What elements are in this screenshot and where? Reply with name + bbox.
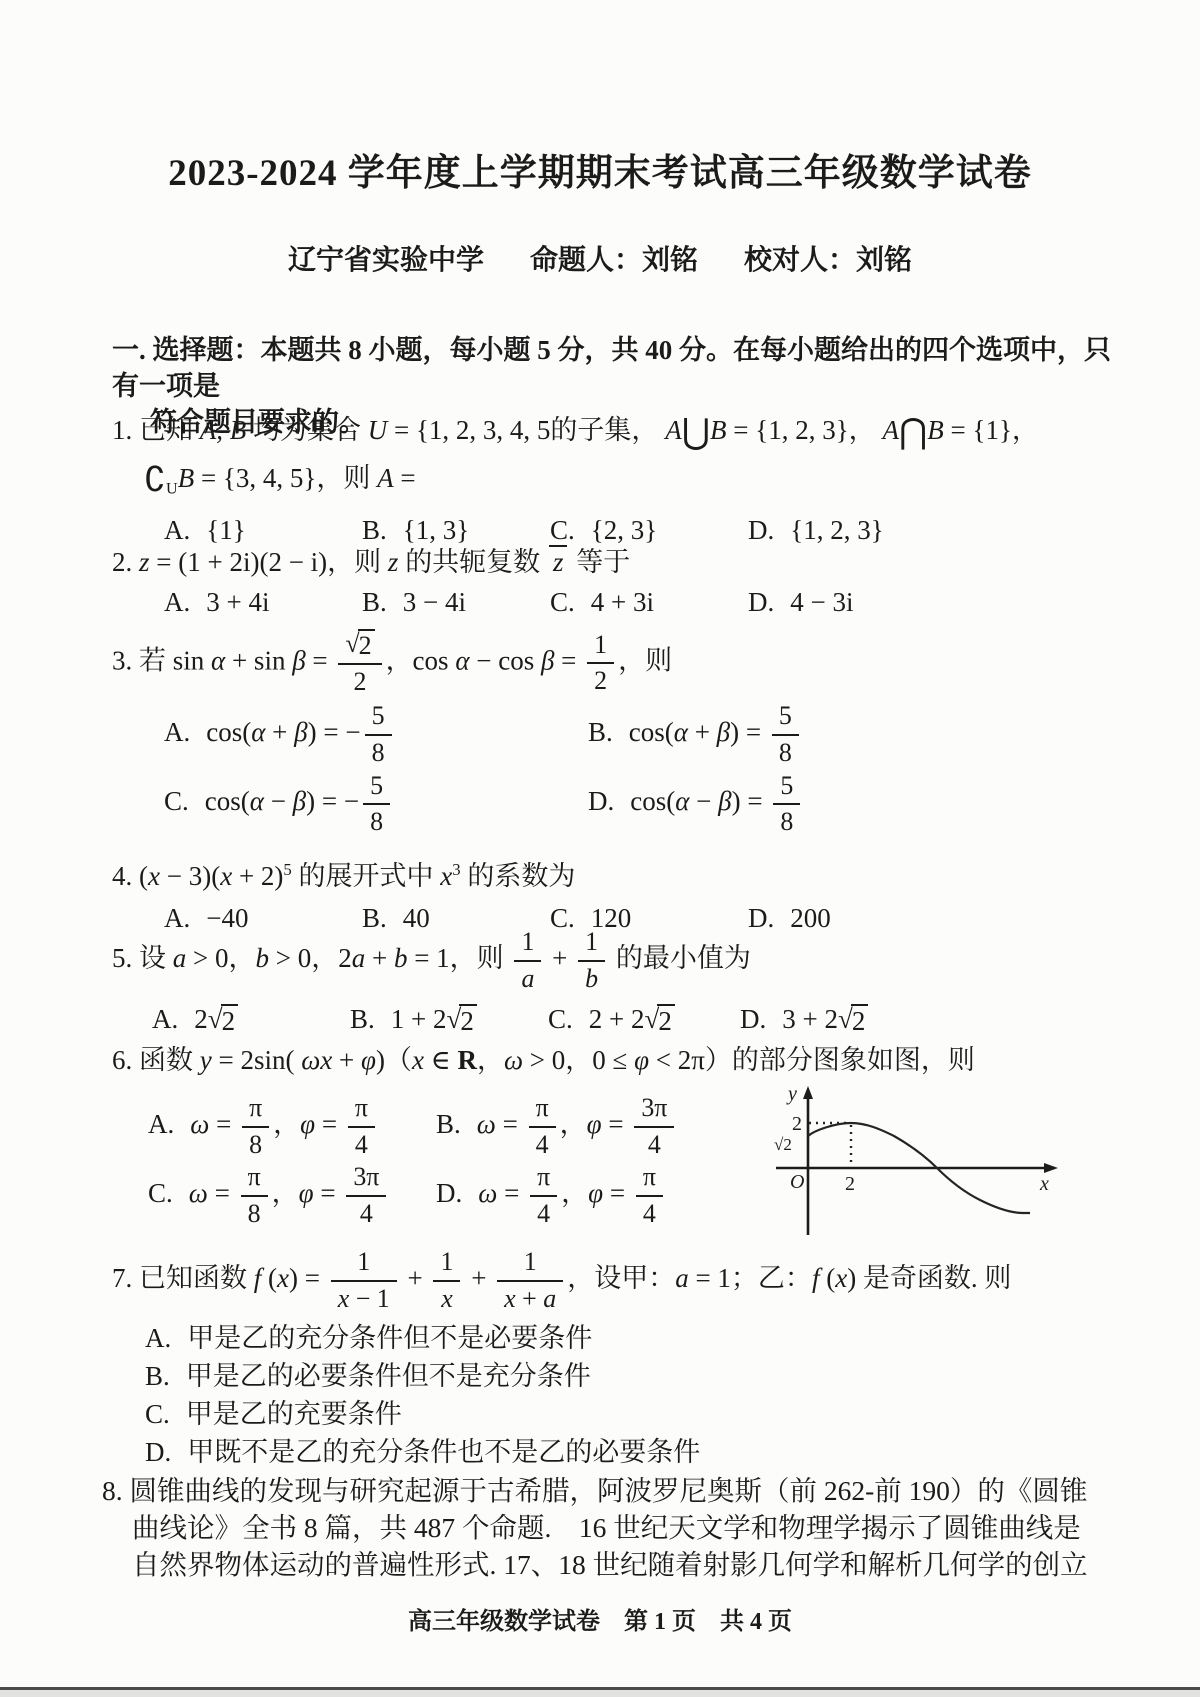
footer-text: 高三年级数学试卷 第 1 页 共 4 页 <box>408 1609 792 1635</box>
q7-options: A.甲是乙的充分条件但不是必要条件 B.甲是乙的必要条件但不是充分条件 C.甲是… <box>112 1319 1116 1471</box>
x-axis-arrow <box>1044 1163 1058 1173</box>
exam-meta-line: 辽宁省实验中学 命题人：刘铭 校对人：刘铭 <box>0 238 1200 278</box>
q8-line1: 8. 圆锥曲线的发现与研究起源于古希腊，阿波罗尼奥斯（前 262-前 190）的… <box>102 1472 1114 1509</box>
q7-option-a: A.甲是乙的充分条件但不是必要条件 <box>145 1319 1116 1357</box>
school-name: 辽宁省实验中学 <box>288 238 484 278</box>
q7-statement: 7. 已知函数 f (x) = 1x − 1 + 1x + 1x + a，设甲：… <box>112 1246 1116 1315</box>
origin-label: O <box>790 1171 804 1193</box>
exam-title: 2023-2024 学年度上学期期末考试高三年级数学试卷 <box>0 142 1200 196</box>
q6-options-row2: C.ω = π8，φ = 3π4 D.ω = π4，φ = π4 <box>148 1161 752 1230</box>
q6-option-c: C.ω = π8，φ = 3π4 <box>148 1161 436 1230</box>
q7-option-d: D.甲既不是乙的充分条件也不是乙的必要条件 <box>145 1433 1116 1471</box>
q1-statement-line2: ∁UB = {3, 4, 5}，则 A = <box>144 458 1116 508</box>
q6-option-d: D.ω = π4，φ = π4 <box>436 1161 752 1230</box>
proofreader: 校对人：刘铭 <box>744 238 912 278</box>
q3-statement: 3. 若 sin α + sin β = √22，cos α − cos β =… <box>112 628 1116 698</box>
q7-option-b: B.甲是乙的必要条件但不是充分条件 <box>145 1357 1116 1395</box>
q5-option-b: B.1 + 2√2 <box>350 999 548 1039</box>
q2-option-c: C.4 + 3i <box>550 582 748 622</box>
exam-paper-page: 2023-2024 学年度上学期期末考试高三年级数学试卷 辽宁省实验中学 命题人… <box>0 0 1200 1697</box>
y-axis-arrow <box>803 1086 813 1099</box>
x-tick-2: 2 <box>845 1173 855 1195</box>
q5-option-a: A.2√2 <box>152 999 350 1039</box>
y-tick-2: 2 <box>792 1113 802 1135</box>
y-tick-sqrt2: √2 <box>774 1135 792 1154</box>
question-4: 4. (x − 3)(x + 2)5 的展开式中 x3 的系数为 A.−40 B… <box>112 850 1116 938</box>
question-setter: 命题人：刘铭 <box>530 238 698 278</box>
q5-option-d: D.3 + 2√2 <box>740 999 1116 1039</box>
q3-options-row2: C.cos(α − β) = −58 D.cos(α − β) = 58 <box>164 770 1116 839</box>
q7-option-c: C.甲是乙的充要条件 <box>145 1395 1116 1433</box>
q2-statement: 2. z = (1 + 2i)(2 − i)，则 z 的共轭复数 z 等于 <box>112 542 1116 582</box>
question-3: 3. 若 sin α + sin β = √22，cos α − cos β =… <box>112 628 1116 839</box>
q2-option-d: D.4 − 3i <box>748 582 1116 622</box>
section-1-heading-line1: 一. 选择题：本题共 8 小题，每小题 5 分，共 40 分。在每小题给出的四个… <box>112 332 1116 404</box>
q3-options-row1: A.cos(α + β) = −58 B.cos(α + β) = 58 <box>164 700 1116 769</box>
q3-option-c: C.cos(α − β) = −58 <box>164 770 588 839</box>
q4-statement: 4. (x − 3)(x + 2)5 的展开式中 x3 的系数为 <box>112 850 1116 896</box>
scan-edge-strip <box>0 1690 1200 1697</box>
q5-statement: 5. 设 a > 0，b > 0，2a + b = 1，则 1a + 1b 的最… <box>112 926 1116 995</box>
q6-option-b: B.ω = π4，φ = 3π4 <box>436 1092 752 1161</box>
x-axis-label: x <box>1039 1173 1049 1195</box>
q1-statement-line1: 1. 已知 A, B 均为集合 U = {1, 2, 3, 4, 5的子集， A… <box>112 410 1116 450</box>
q6-options-row1: A.ω = π8，φ = π4 B.ω = π4，φ = 3π4 <box>148 1092 752 1161</box>
q8-line3: 自然界物体运动的普遍性形式. 17、18 世纪随着射影几何学和解析几何学的创立 <box>132 1546 1114 1583</box>
q3-option-b: B.cos(α + β) = 58 <box>588 700 1116 769</box>
q2-options: A.3 + 4i B.3 − 4i C.4 + 3i D.4 − 3i <box>164 582 1116 622</box>
q2-option-b: B.3 − 4i <box>362 582 550 622</box>
q6-option-a: A.ω = π8，φ = π4 <box>148 1092 436 1161</box>
question-2: 2. z = (1 + 2i)(2 − i)，则 z 的共轭复数 z 等于 A.… <box>112 542 1116 622</box>
q5-option-c: C.2 + 2√2 <box>548 999 740 1039</box>
q6-function-graph: y 2 √2 O 2 x <box>772 1082 1072 1242</box>
q3-option-a: A.cos(α + β) = −58 <box>164 700 588 769</box>
question-5: 5. 设 a > 0，b > 0，2a + b = 1，则 1a + 1b 的最… <box>112 926 1116 1039</box>
y-axis-label: y <box>786 1083 797 1105</box>
q5-options: A.2√2 B.1 + 2√2 C.2 + 2√2 D.3 + 2√2 <box>152 999 1116 1039</box>
q8-line2: 曲线论》全书 8 篇，共 487 个命题. 16 世纪天文学和物理学揭示了圆锥曲… <box>132 1509 1114 1546</box>
question-7: 7. 已知函数 f (x) = 1x − 1 + 1x + 1x + a，设甲：… <box>112 1246 1116 1471</box>
q3-option-d: D.cos(α − β) = 58 <box>588 770 1116 839</box>
page-footer: 高三年级数学试卷 第 1 页 共 4 页 <box>0 1606 1200 1638</box>
question-1: 1. 已知 A, B 均为集合 U = {1, 2, 3, 4, 5的子集， A… <box>112 410 1116 550</box>
q6-statement: 6. 函数 y = 2sin( ωx + φ)（x ∈ R，ω > 0，0 ≤ … <box>112 1040 1116 1080</box>
q2-option-a: A.3 + 4i <box>164 582 362 622</box>
question-8: 8. 圆锥曲线的发现与研究起源于古希腊，阿波罗尼奥斯（前 262-前 190）的… <box>102 1472 1114 1583</box>
